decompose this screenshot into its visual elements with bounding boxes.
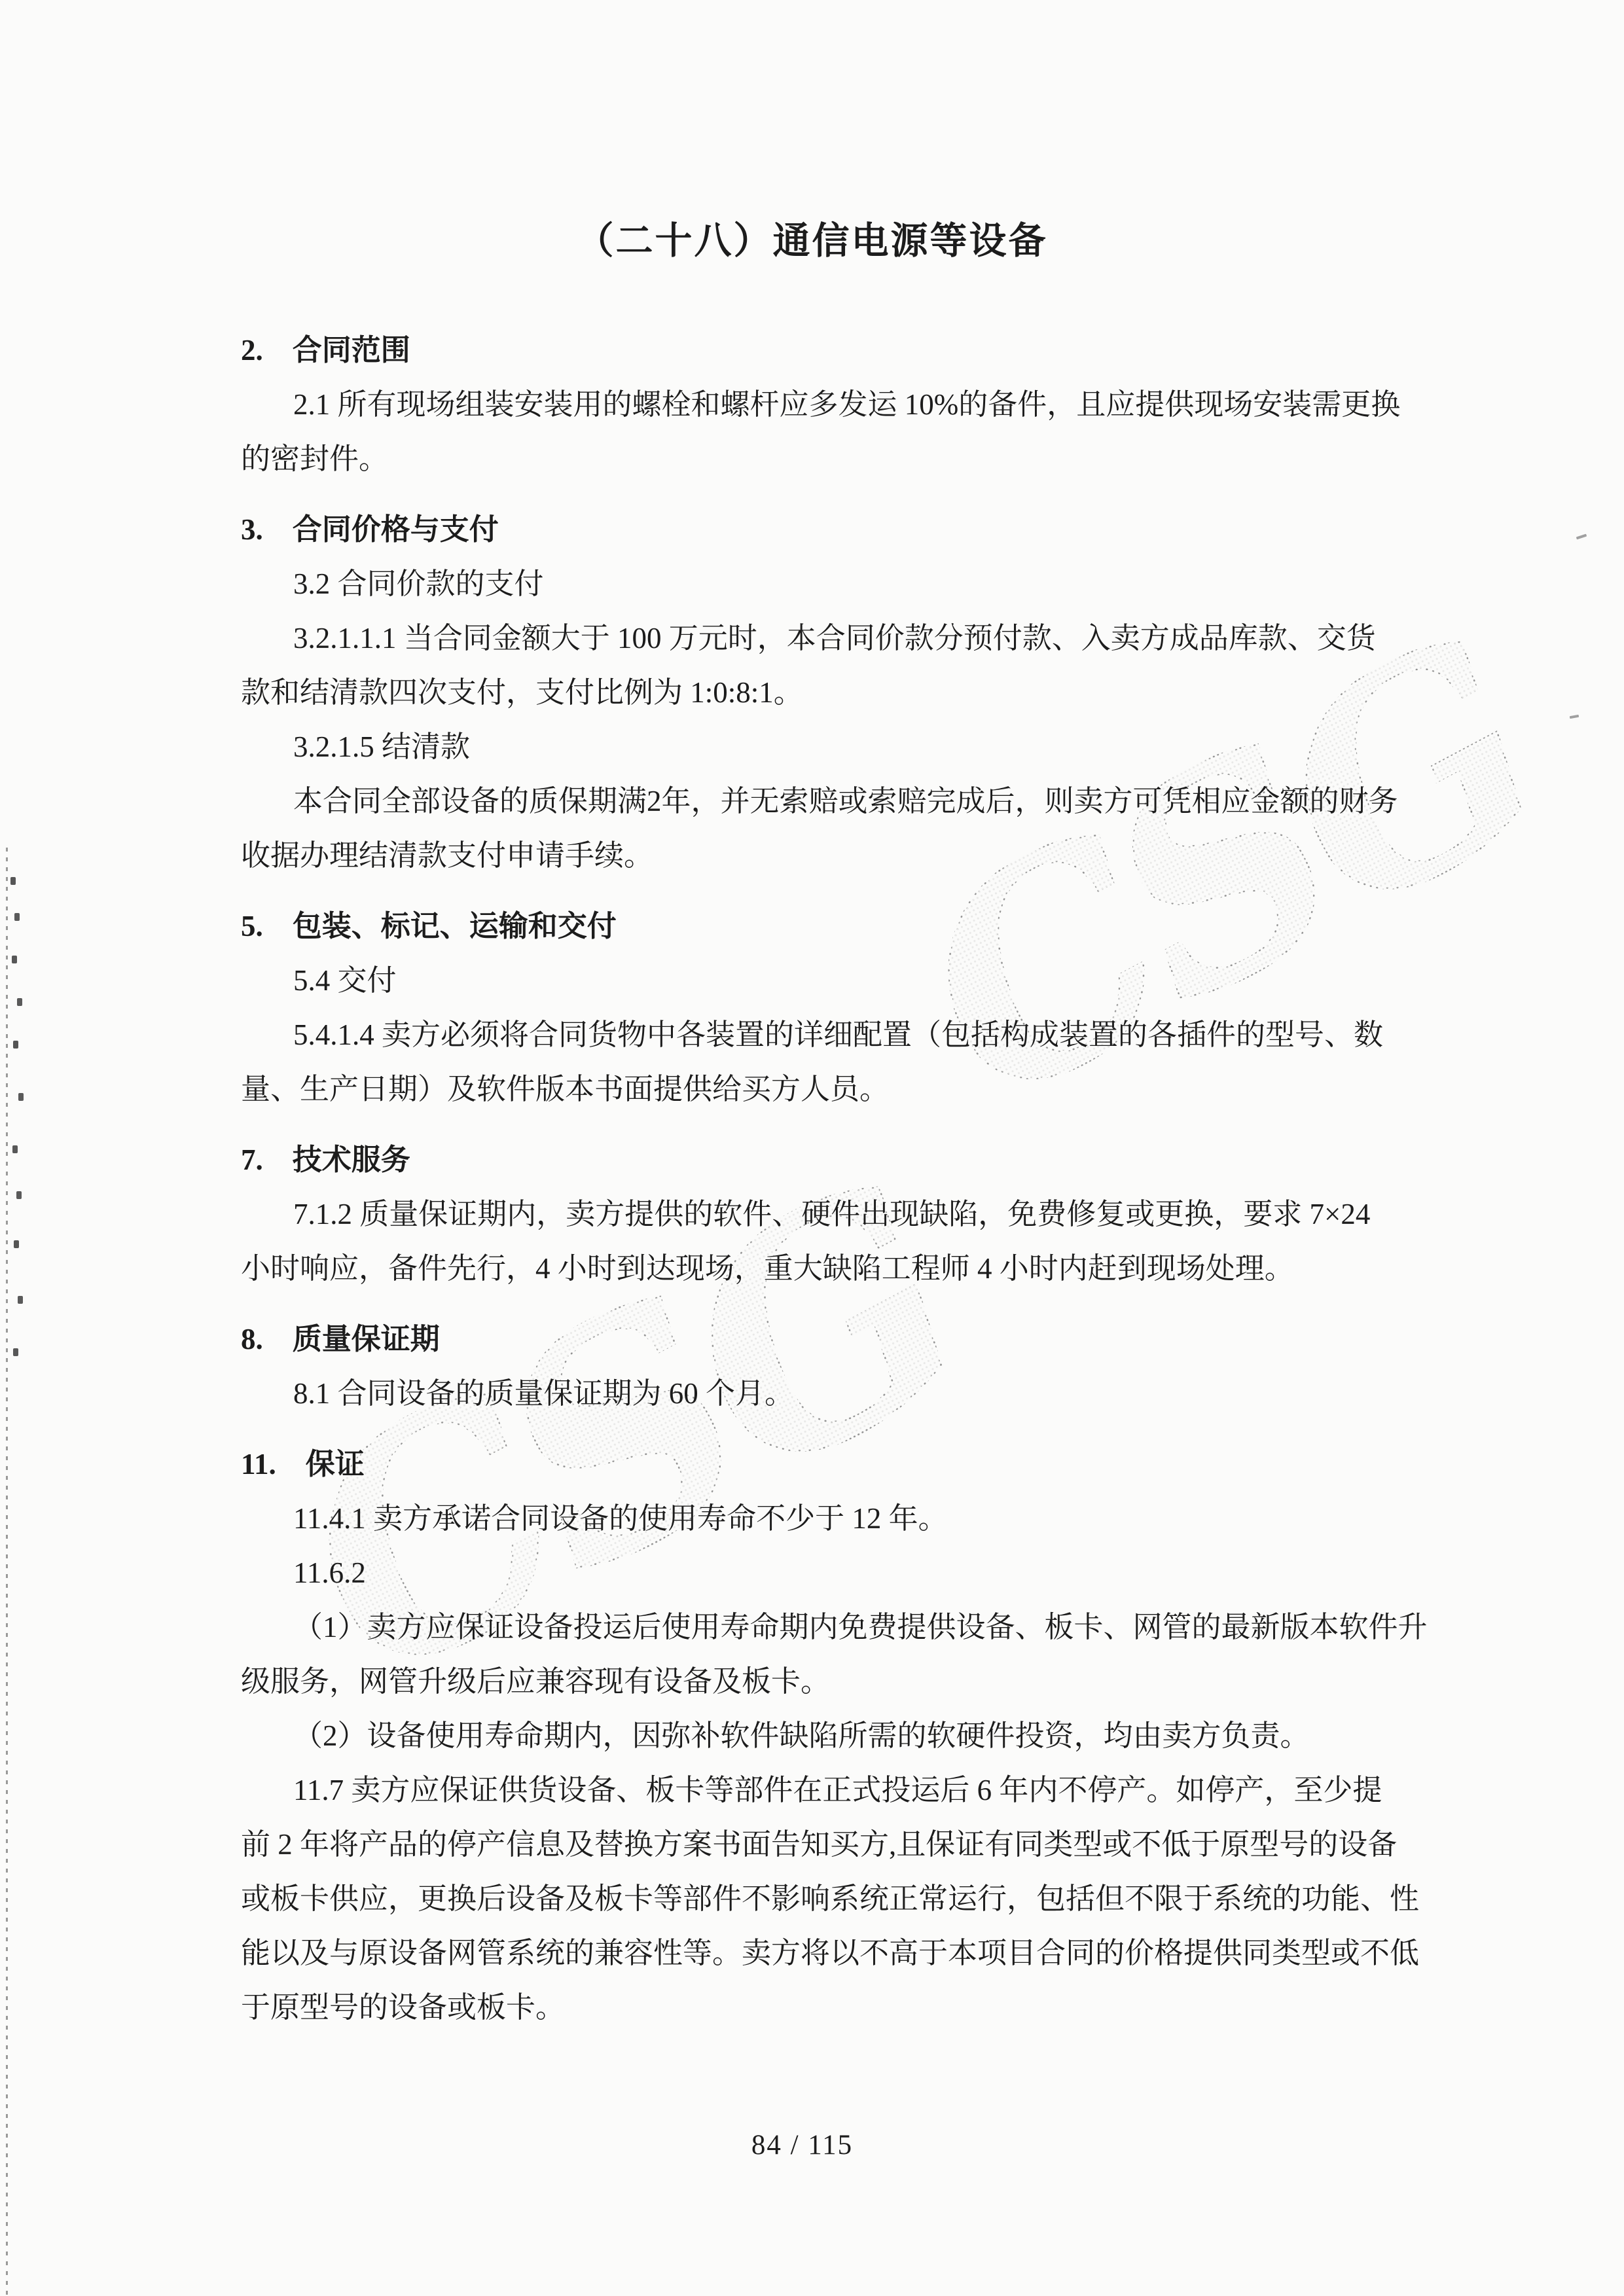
scan-speck-artifact: [1576, 534, 1587, 540]
section-heading: 3. 合同价格与支付: [241, 503, 1369, 557]
paragraph-line: 3.2.1.5 结清款: [241, 720, 1369, 774]
paragraph-line: 的密封件。: [241, 432, 1369, 486]
paragraph-line: （2）设备使用寿命期内，因弥补软件缺陷所需的软硬件投资，均由卖方负责。: [241, 1709, 1369, 1763]
paragraph-line: 8.1 合同设备的质量保证期为 60 个月。: [241, 1367, 1369, 1421]
paragraph-line: 能以及与原设备网管系统的兼容性等。卖方将以不高于本项目合同的价格提供同类型或不低: [241, 1926, 1369, 1981]
paragraph-line: 5.4.1.4 卖方必须将合同货物中各装置的详细配置（包括构成装置的各插件的型号…: [241, 1008, 1369, 1062]
paragraph-line: （1）卖方应保证设备投运后使用寿命期内免费提供设备、板卡、网管的最新版本软件升: [241, 1600, 1369, 1655]
document-body: 2. 合同范围2.1 所有现场组装安装用的螺栓和螺杆应多发运 10%的备件，且应…: [241, 323, 1369, 2035]
paragraph-line: 3.2 合同价款的支付: [241, 557, 1369, 611]
paragraph-line: 小时响应，备件先行，4 小时到达现场，重大缺陷工程师 4 小时内赶到现场处理。: [241, 1242, 1369, 1296]
paragraph-line: 11.7 卖方应保证供货设备、板卡等部件在正式投运后 6 年内不停产。如停产，至…: [241, 1763, 1369, 1818]
paragraph-line: 前 2 年将产品的停产信息及替换方案书面告知买方,且保证有同类型或不低于原型号的…: [241, 1818, 1369, 1872]
paragraph-line: 2.1 所有现场组装安装用的螺栓和螺杆应多发运 10%的备件，且应提供现场安装需…: [241, 378, 1369, 432]
paragraph-line: 款和结清款四次支付，支付比例为 1:0:8:1。: [241, 666, 1369, 720]
section-heading: 5. 包装、标记、运输和交付: [241, 899, 1369, 954]
scan-edge-artifact: [6, 848, 8, 2296]
page-number: 84 / 115: [0, 2129, 1604, 2161]
paragraph-line: 7.1.2 质量保证期内，卖方提供的软件、硬件出现缺陷，免费修复或更换，要求 7…: [241, 1187, 1369, 1242]
paragraph-line: 11.4.1 卖方承诺合同设备的使用寿命不少于 12 年。: [241, 1492, 1369, 1546]
scanned-document-page: CSG CSG （二十八）通信电源等设备 2. 合同范围2.1 所有现场组装安装…: [0, 0, 1624, 2296]
scan-speck-artifact: [1570, 715, 1579, 719]
document-title: （二十八）通信电源等设备: [0, 211, 1624, 264]
paragraph-line: 5.4 交付: [241, 954, 1369, 1008]
section-heading: 2. 合同范围: [241, 323, 1369, 378]
paragraph-line: 或板卡供应，更换后设备及板卡等部件不影响系统正常运行，包括但不限于系统的功能、性: [241, 1872, 1369, 1926]
paragraph-line: 3.2.1.1.1 当合同金额大于 100 万元时，本合同价款分预付款、入卖方成…: [241, 611, 1369, 666]
section-heading: 11. 保证: [241, 1437, 1369, 1492]
paragraph-line: 11.6.2: [241, 1546, 1369, 1600]
section-heading: 8. 质量保证期: [241, 1312, 1369, 1367]
paragraph-line: 量、生产日期）及软件版本书面提供给买方人员。: [241, 1062, 1369, 1117]
scan-edge-artifact: [10, 877, 16, 885]
paragraph-line: 收据办理结清款支付申请手续。: [241, 829, 1369, 883]
paragraph-line: 级服务，网管升级后应兼容现有设备及板卡。: [241, 1655, 1369, 1709]
section-heading: 7. 技术服务: [241, 1133, 1369, 1187]
paragraph-line: 于原型号的设备或板卡。: [241, 1981, 1369, 2035]
paragraph-line: 本合同全部设备的质保期满2年，并无索赔或索赔完成后，则卖方可凭相应金额的财务: [241, 774, 1369, 829]
